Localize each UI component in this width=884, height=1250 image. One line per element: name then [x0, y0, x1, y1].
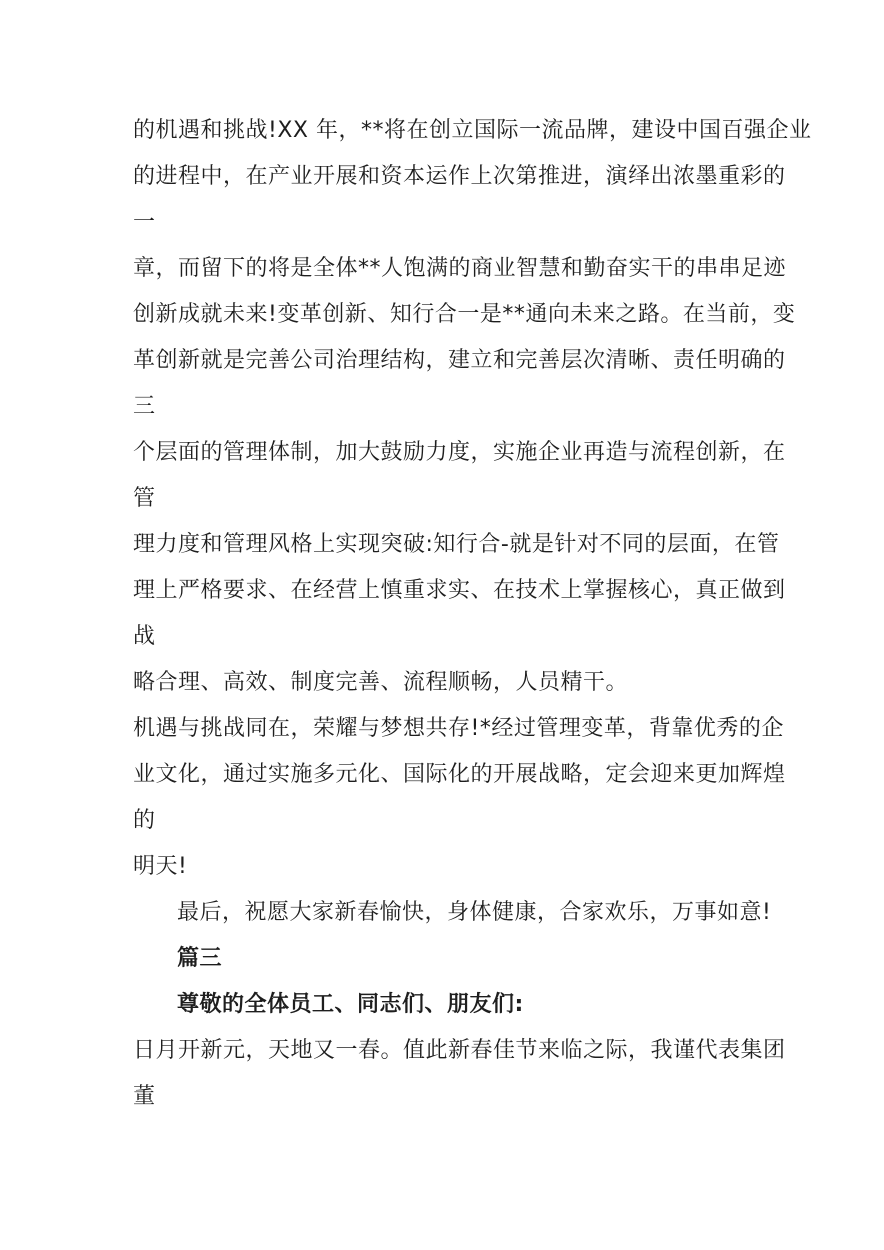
text-line: 理上严格要求、在经营上慎重求实、在技术上掌握核心，真正做到: [133, 568, 758, 614]
text-line: 业文化，通过实施多元化、国际化的开展战略，定会迎来更加辉煌: [133, 752, 758, 798]
text-line: 的: [133, 798, 758, 844]
text-line: 革创新就是完善公司治理结构，建立和完善层次清晰、责任明确的: [133, 338, 758, 384]
text-line: 战: [133, 614, 758, 660]
text-line: 略合理、高效、制度完善、流程顺畅，人员精干。: [133, 660, 758, 706]
text-line: 机遇与挑战同在，荣耀与梦想共存!*经过管理变革，背靠优秀的企: [133, 706, 758, 752]
document-page: 的机遇和挑战!XX 年，**将在创立国际一流品牌，建设中国百强企业 的进程中，在…: [0, 0, 884, 1250]
text-line: 三: [133, 384, 758, 430]
text-line: 个层面的管理体制，加大鼓励力度，实施企业再造与流程创新，在: [133, 430, 758, 476]
text-line: 理力度和管理风格上实现突破:知行合-就是针对不同的层面，在管: [133, 522, 758, 568]
text-line: 明天!: [133, 844, 758, 890]
closing-wish-line: 最后，祝愿大家新春愉快，身体健康，合家欢乐，万事如意!: [133, 890, 758, 936]
text-line: 的进程中，在产业开展和资本运作上次第推进，演绎出浓墨重彩的: [133, 154, 758, 200]
text-line: 一: [133, 200, 758, 246]
section-heading: 篇三: [133, 936, 758, 982]
salutation-line: 尊敬的全体员工、同志们、朋友们:: [133, 982, 758, 1028]
text-line: 管: [133, 476, 758, 522]
text-line: 章，而留下的将是全体**人饱满的商业智慧和勤奋实干的串串足迹: [133, 246, 758, 292]
text-line: 创新成就未来!变革创新、知行合一是**通向未来之路。在当前，变: [133, 292, 758, 338]
document-body: 的机遇和挑战!XX 年，**将在创立国际一流品牌，建设中国百强企业 的进程中，在…: [0, 0, 884, 1120]
text-line: 的机遇和挑战!XX 年，**将在创立国际一流品牌，建设中国百强企业: [133, 108, 758, 154]
text-line: 日月开新元，天地又一春。值此新春佳节来临之际，我谨代表集团: [133, 1028, 758, 1074]
text-line: 董: [133, 1074, 758, 1120]
